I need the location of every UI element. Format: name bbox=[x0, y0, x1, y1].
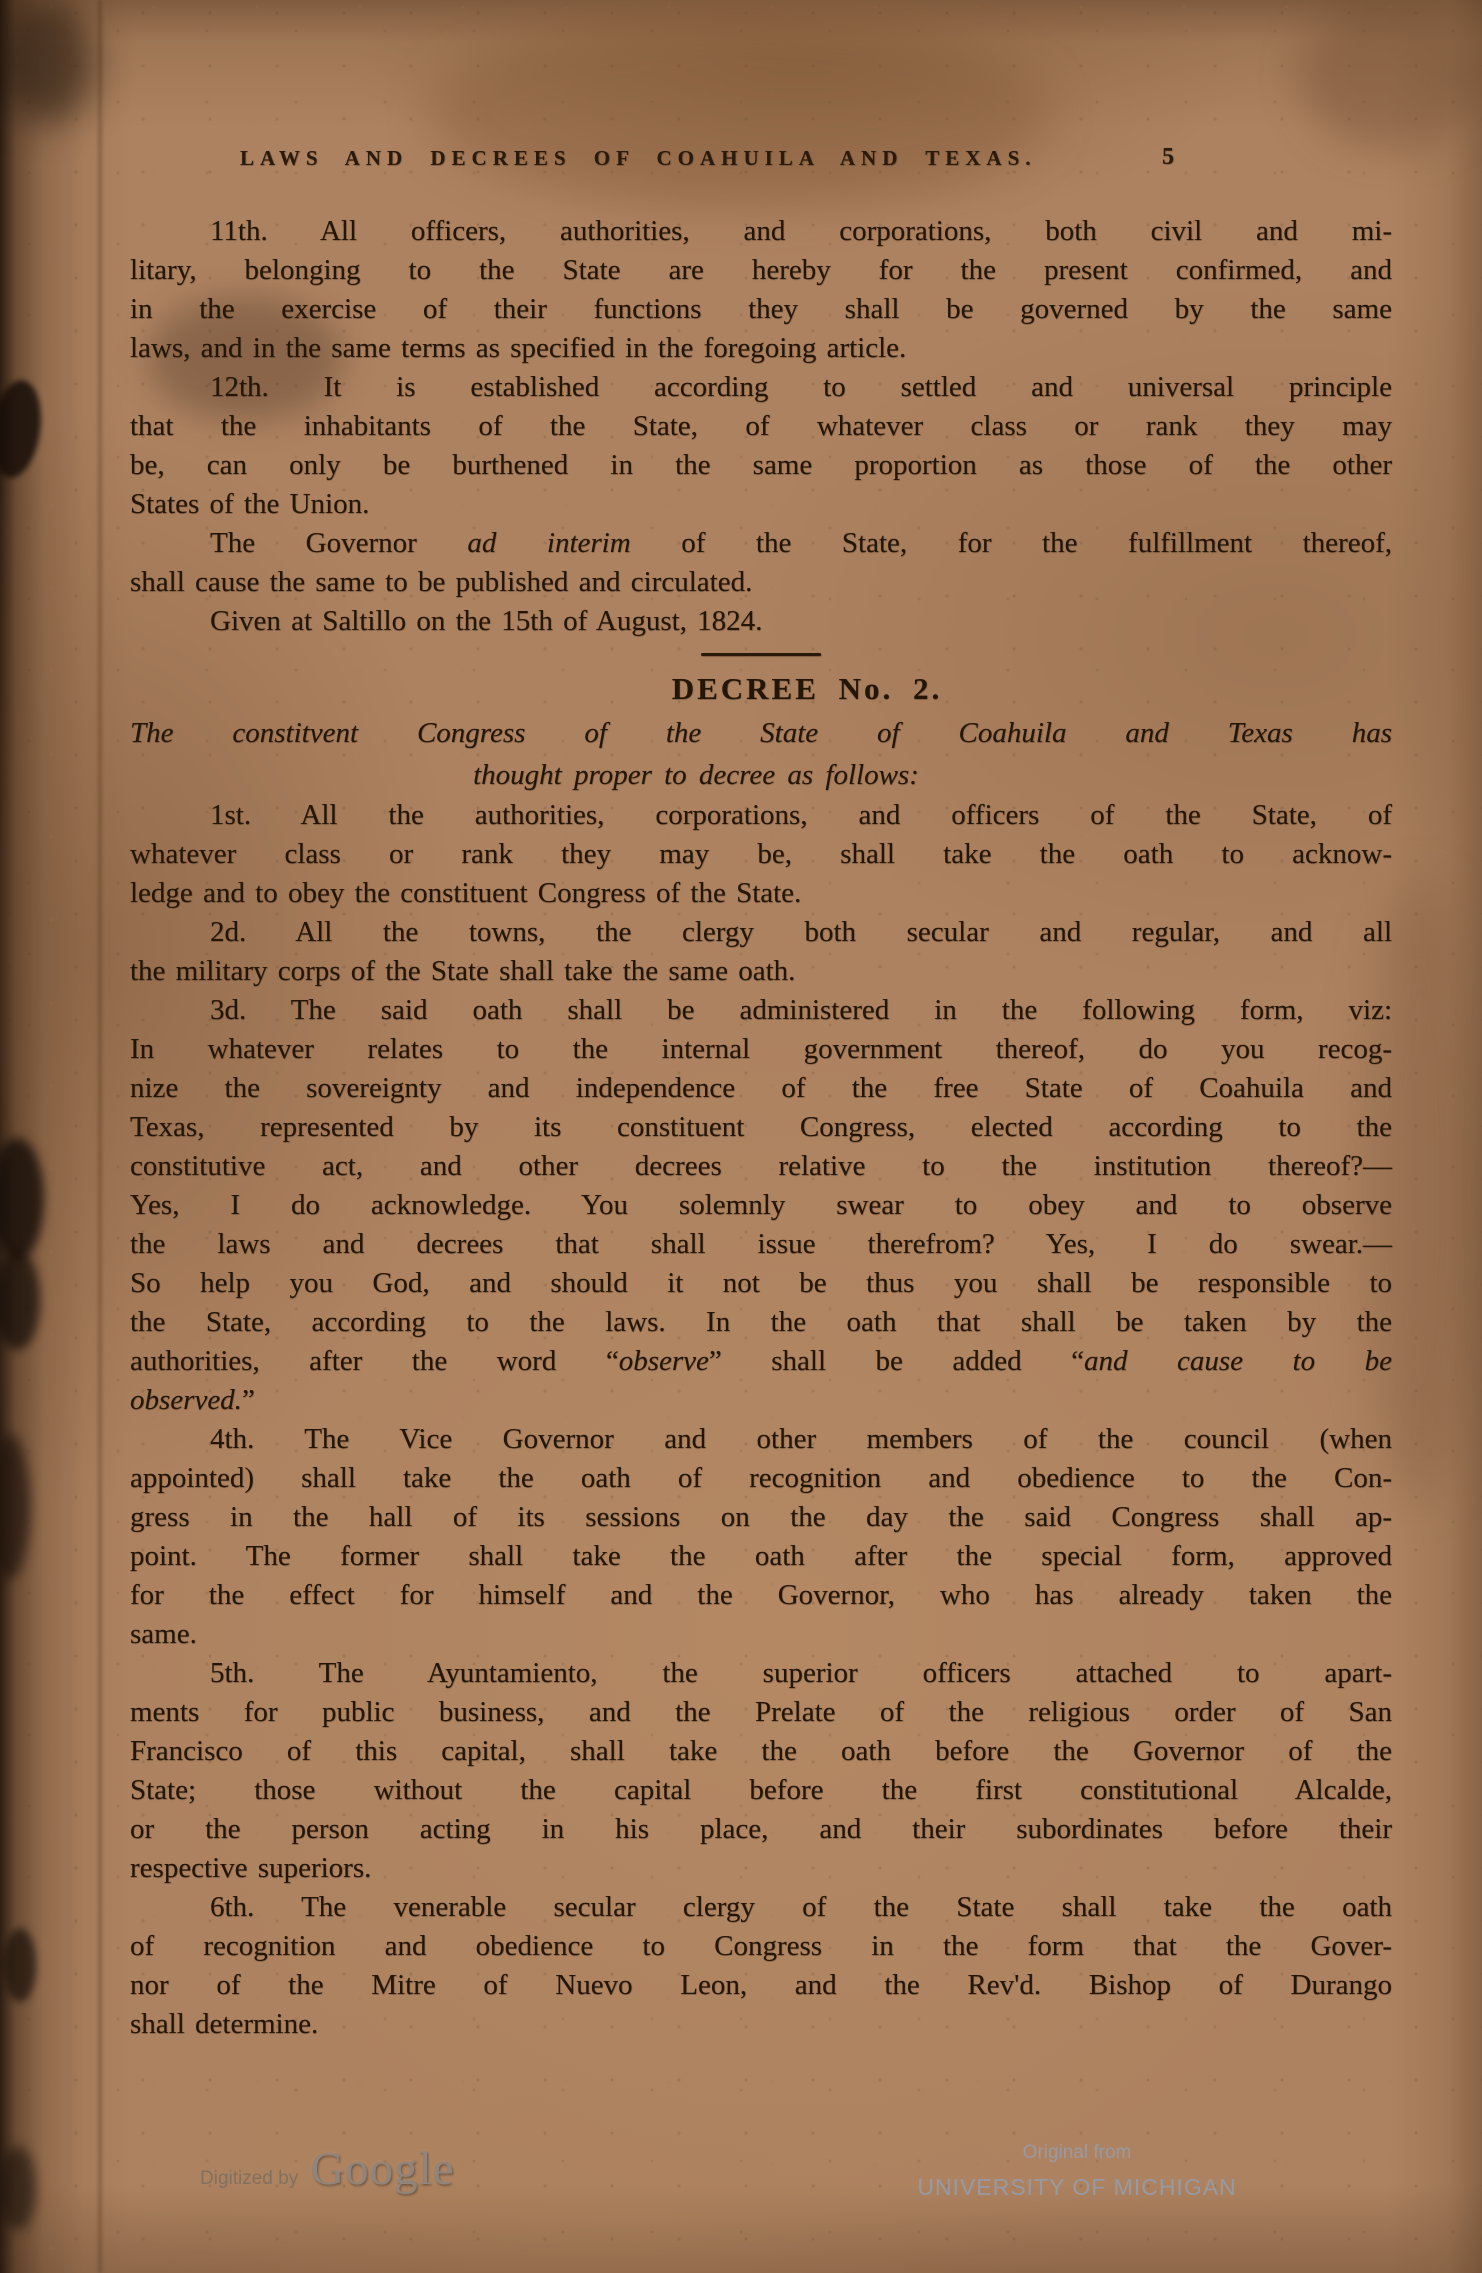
item-3d: 3d. The said oath shall be administered … bbox=[130, 991, 1392, 1420]
text-line: observed.” bbox=[130, 1381, 1392, 1420]
text-line: ments for public business, and the Prela… bbox=[130, 1693, 1392, 1732]
italic-phrase: and cause to be bbox=[1084, 1345, 1392, 1377]
ink-mark bbox=[0, 1138, 44, 1260]
text-line: Francisco of this capital, shall take th… bbox=[130, 1732, 1392, 1771]
text-line: shall determine. bbox=[130, 2005, 1392, 2044]
text-line: ledge and to obey the constituent Congre… bbox=[130, 874, 1392, 913]
text-line: 4th. The Vice Governor and other members… bbox=[130, 1420, 1392, 1459]
text-line: laws, and in the same terms as specified… bbox=[130, 329, 1392, 368]
text-line: point. The former shall take the oath af… bbox=[130, 1537, 1392, 1576]
text-line: the military corps of the State shall ta… bbox=[130, 952, 1392, 991]
item-1st: 1st. All the authorities, corporations, … bbox=[130, 796, 1392, 913]
michigan-watermark: Original from UNIVERSITY OF MICHIGAN bbox=[872, 2136, 1282, 2204]
ink-mark bbox=[0, 2146, 36, 2230]
text-line: nize the sovereignty and independence of… bbox=[130, 1069, 1392, 1108]
text-segment: of the State, for the fulfillment thereo… bbox=[631, 527, 1392, 559]
text-line: the State, according to the laws. In the… bbox=[130, 1303, 1392, 1342]
text-line: constitutive act, and other decrees rela… bbox=[130, 1147, 1392, 1186]
italic-phrase: ad interim bbox=[467, 527, 630, 559]
text-line: 5th. The Ayuntamiento, the superior offi… bbox=[130, 1654, 1392, 1693]
paragraph-given: Given at Saltillo on the 15th of August,… bbox=[130, 602, 1392, 641]
text-segment: ” bbox=[242, 1384, 255, 1416]
section-divider-rule bbox=[701, 653, 821, 656]
text-line: or the person acting in his place, and t… bbox=[130, 1810, 1392, 1849]
text-line: that the inhabitants of the State, of wh… bbox=[130, 407, 1392, 446]
text-line: States of the Union. bbox=[130, 485, 1392, 524]
running-title: LAWS AND DECREES OF COAHUILA AND TEXAS. bbox=[240, 146, 1037, 171]
text-line: The Governor ad interim of the State, fo… bbox=[130, 524, 1392, 563]
italic-phrase: observe bbox=[619, 1345, 709, 1377]
ink-mark bbox=[0, 1250, 40, 1350]
text-line: State; those without the capital before … bbox=[130, 1771, 1392, 1810]
text-line: for the effect for himself and the Gover… bbox=[130, 1576, 1392, 1615]
text-line: nor of the Mitre of Nuevo Leon, and the … bbox=[130, 1966, 1392, 2005]
text-line: in the exercise of their functions they … bbox=[130, 290, 1392, 329]
preamble-line: thought proper to decree as follows: bbox=[130, 754, 1262, 796]
decree-heading: DECREE No. 2. bbox=[222, 666, 1392, 712]
ink-mark bbox=[0, 1434, 30, 1579]
italic-phrase: observed. bbox=[130, 1384, 242, 1416]
google-watermark: Digitized by Google bbox=[200, 2142, 455, 2196]
paragraph-12th: 12th. It is established according to set… bbox=[130, 368, 1392, 524]
item-2d: 2d. All the towns, the clergy both secul… bbox=[130, 913, 1392, 991]
stain bbox=[0, 0, 95, 125]
text-line: 6th. The venerable secular clergy of the… bbox=[130, 1888, 1392, 1927]
page-crease bbox=[96, 0, 104, 2273]
text-line: In whatever relates to the internal gove… bbox=[130, 1030, 1392, 1069]
text-line: gress in the hall of its sessions on the… bbox=[130, 1498, 1392, 1537]
page-number: 5 bbox=[1162, 144, 1174, 171]
body-text: 11th. All officers, authorities, and cor… bbox=[130, 212, 1392, 2044]
text-line: appointed) shall take the oath of recogn… bbox=[130, 1459, 1392, 1498]
text-line: shall cause the same to be published and… bbox=[130, 563, 1392, 602]
text-line: same. bbox=[130, 1615, 1392, 1654]
paragraph-11th: 11th. All officers, authorities, and cor… bbox=[130, 212, 1392, 368]
text-line: be, can only be burthened in the same pr… bbox=[130, 446, 1392, 485]
paragraph-governor: The Governor ad interim of the State, fo… bbox=[130, 524, 1392, 602]
book-page: LAWS AND DECREES OF COAHUILA AND TEXAS. … bbox=[0, 0, 1482, 2273]
page-header: LAWS AND DECREES OF COAHUILA AND TEXAS. … bbox=[130, 146, 1392, 180]
text-line: respective superiors. bbox=[130, 1849, 1392, 1888]
text-segment: authorities, after the word “ bbox=[130, 1345, 619, 1377]
google-logo-text: Google bbox=[310, 2142, 454, 2196]
text-line: the laws and decrees that shall issue th… bbox=[130, 1225, 1392, 1264]
ink-mark bbox=[0, 377, 47, 481]
text-segment: ” shall be added “ bbox=[709, 1345, 1084, 1377]
text-line: Texas, represented by its constituent Co… bbox=[130, 1108, 1392, 1147]
item-4th: 4th. The Vice Governor and other members… bbox=[130, 1420, 1392, 1654]
text-line: 1st. All the authorities, corporations, … bbox=[130, 796, 1392, 835]
text-line: 12th. It is established according to set… bbox=[130, 368, 1392, 407]
text-line: 11th. All officers, authorities, and cor… bbox=[130, 212, 1392, 251]
text-line: of recognition and obedience to Congress… bbox=[130, 1927, 1392, 1966]
ink-mark bbox=[4, 1928, 36, 2002]
text-line: So help you God, and should it not be th… bbox=[130, 1264, 1392, 1303]
text-line: Yes, I do acknowledge. You solemnly swea… bbox=[130, 1186, 1392, 1225]
item-5th: 5th. The Ayuntamiento, the superior offi… bbox=[130, 1654, 1392, 1888]
university-label: UNIVERSITY OF MICHIGAN bbox=[872, 2170, 1282, 2204]
text-line: authorities, after the word “observe” sh… bbox=[130, 1342, 1392, 1381]
text-line: whatever class or rank they may be, shal… bbox=[130, 835, 1392, 874]
text-line: litary, belonging to the State are hereb… bbox=[130, 251, 1392, 290]
text-segment: The Governor bbox=[210, 527, 467, 559]
stain bbox=[1300, 0, 1482, 150]
text-line: 2d. All the towns, the clergy both secul… bbox=[130, 913, 1392, 952]
preamble-line: The constitvent Congress of the State of… bbox=[130, 712, 1392, 754]
item-6th: 6th. The venerable secular clergy of the… bbox=[130, 1888, 1392, 2044]
text-line: 3d. The said oath shall be administered … bbox=[130, 991, 1392, 1030]
digitized-by-label: Digitized by bbox=[200, 2168, 298, 2190]
original-from-label: Original from bbox=[872, 2136, 1282, 2170]
